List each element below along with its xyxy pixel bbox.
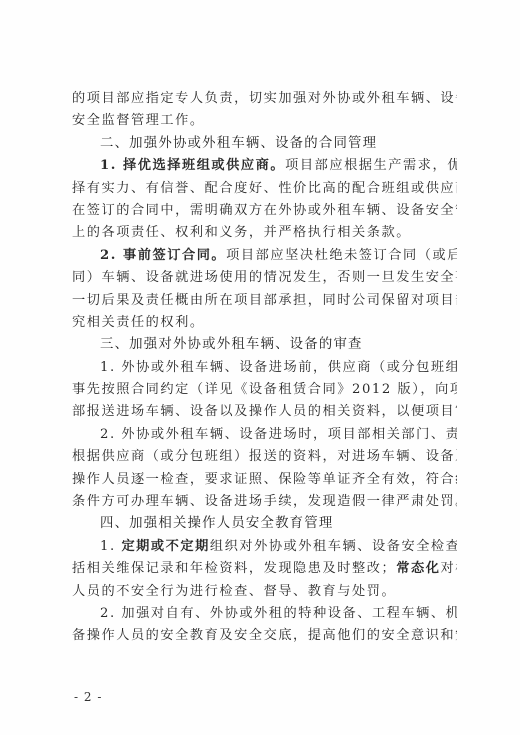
paragraph-line: 部报送进场车辆、设备以及操作人员的相关资料，以便项目审查。 <box>72 401 457 423</box>
line-text: 操作人员逐一检查，要求证照、保险等单证齐全有效，符合约定 <box>72 472 457 487</box>
paragraph-line: 择有实力、有信誉、配合度好、性价比高的配合班组或供应商， <box>72 178 457 200</box>
line-text: 括相关维保记录和年检资料，发现隐患及时整改； <box>72 561 396 576</box>
line-text: 人员的不安全行为进行检查、督导、教育与处罚。 <box>72 584 396 599</box>
paragraph-line: 条件方可办理车辆、设备进场手续，发现造假一律严肃处罚。 <box>72 491 457 513</box>
heading-text: 三、加强对外协或外租车辆、设备的审查 <box>100 337 363 352</box>
line-text: 同）车辆、设备就进场使用的情况发生，否则一旦发生安全事故， <box>72 270 457 285</box>
heading-text: 四、加强相关操作人员安全教育管理 <box>100 516 333 531</box>
section-heading-2: 二、加强外协或外租车辆、设备的合同管理 <box>72 133 457 155</box>
line-text: 在签订的合同中，需明确双方在外协或外租车辆、设备安全管理 <box>72 203 457 218</box>
paragraph-line: 一切后果及责任概由所在项目部承担，同时公司保留对项目部追 <box>72 290 457 312</box>
line-text: 部报送进场车辆、设备以及操作人员的相关资料，以便项目审查。 <box>72 404 457 419</box>
paragraph-line: 安全监督管理工作。 <box>72 110 457 132</box>
line-text: 组织对外协或外租车辆、设备安全检查，包 <box>210 539 457 554</box>
bold-lead: 1. 择优选择班组或供应商。 <box>100 158 285 173</box>
line-text: 究相关责任的权利。 <box>72 315 205 330</box>
line-text: 备操作人员的安全教育及安全交底，提高他们的安全意识和安全 <box>72 628 457 643</box>
paragraph-line: 备操作人员的安全教育及安全交底，提高他们的安全意识和安全 <box>72 625 457 647</box>
document-page: 的项目部应指定专人负责，切实加强对外协或外租车辆、设备的 安全监督管理工作。 二… <box>0 0 520 735</box>
line-text: 对相关 <box>440 561 457 576</box>
paragraph-line: 2. 事前签订合同。项目部应坚决杜绝未签订合同（或后补合 <box>72 245 457 267</box>
bold-phrase: 常态化 <box>396 561 440 576</box>
bold-phrase: 定期或不定期 <box>121 539 209 554</box>
line-text: 条件方可办理车辆、设备进场手续，发现造假一律严肃处罚。 <box>72 494 457 509</box>
page-number: - 2 - <box>74 690 102 704</box>
paragraph-line: 同）车辆、设备就进场使用的情况发生，否则一旦发生安全事故， <box>72 267 457 289</box>
line-text: 项目部应根据生产需求，优先选 <box>285 158 457 173</box>
paragraph-line: 根据供应商（或分包班组）报送的资料，对进场车辆、设备及其 <box>72 446 457 468</box>
line-text: 一切后果及责任概由所在项目部承担，同时公司保留对项目部追 <box>72 293 457 308</box>
item-number: 1. <box>100 539 121 554</box>
paragraph-line: 究相关责任的权利。 <box>72 312 457 334</box>
paragraph-line: 1. 定期或不定期组织对外协或外租车辆、设备安全检查，包 <box>72 536 457 558</box>
document-body: 的项目部应指定专人负责，切实加强对外协或外租车辆、设备的 安全监督管理工作。 二… <box>72 88 457 648</box>
line-text: 择有实力、有信誉、配合度好、性价比高的配合班组或供应商， <box>72 181 457 196</box>
line-text: 2. 外协或外租车辆、设备进场时，项目部相关部门、责任人 <box>100 427 457 442</box>
paragraph-line: 1. 外协或外租车辆、设备进场前，供应商（或分包班组）应 <box>72 357 457 379</box>
paragraph-line: 1. 择优选择班组或供应商。项目部应根据生产需求，优先选 <box>72 155 457 177</box>
line-text: 项目部应坚决杜绝未签订合同（或后补合 <box>226 248 457 263</box>
bold-lead: 2. 事前签订合同。 <box>100 248 226 263</box>
line-text: 上的各项责任、权利和义务，并严格执行相关条款。 <box>72 225 411 240</box>
line-text: 根据供应商（或分包班组）报送的资料，对进场车辆、设备及其 <box>72 449 457 464</box>
paragraph-line: 上的各项责任、权利和义务，并严格执行相关条款。 <box>72 222 457 244</box>
line-text: 安全监督管理工作。 <box>72 113 205 128</box>
line-text: 2. 加强对自有、外协或外租的特种设备、工程车辆、机械设 <box>100 606 457 621</box>
heading-text: 二、加强外协或外租车辆、设备的合同管理 <box>100 136 377 151</box>
paragraph-line: 括相关维保记录和年检资料，发现隐患及时整改；常态化对相关 <box>72 558 457 580</box>
paragraph-line: 事先按照合同约定（详见《设备租赁合同》2012 版），向项目 <box>72 379 457 401</box>
section-heading-3: 三、加强对外协或外租车辆、设备的审查 <box>72 334 457 356</box>
paragraph-line: 操作人员逐一检查，要求证照、保险等单证齐全有效，符合约定 <box>72 469 457 491</box>
section-heading-4: 四、加强相关操作人员安全教育管理 <box>72 513 457 535</box>
paragraph-line: 2. 外协或外租车辆、设备进场时，项目部相关部门、责任人 <box>72 424 457 446</box>
line-text: 事先按照合同约定（详见《设备租赁合同》2012 版），向项目 <box>72 382 457 397</box>
paragraph-line: 在签订的合同中，需明确双方在外协或外租车辆、设备安全管理 <box>72 200 457 222</box>
line-text: 1. 外协或外租车辆、设备进场前，供应商（或分包班组）应 <box>100 360 457 375</box>
line-text: 的项目部应指定专人负责，切实加强对外协或外租车辆、设备的 <box>72 91 457 106</box>
paragraph-line: 的项目部应指定专人负责，切实加强对外协或外租车辆、设备的 <box>72 88 457 110</box>
paragraph-line: 人员的不安全行为进行检查、督导、教育与处罚。 <box>72 581 457 603</box>
paragraph-line: 2. 加强对自有、外协或外租的特种设备、工程车辆、机械设 <box>72 603 457 625</box>
